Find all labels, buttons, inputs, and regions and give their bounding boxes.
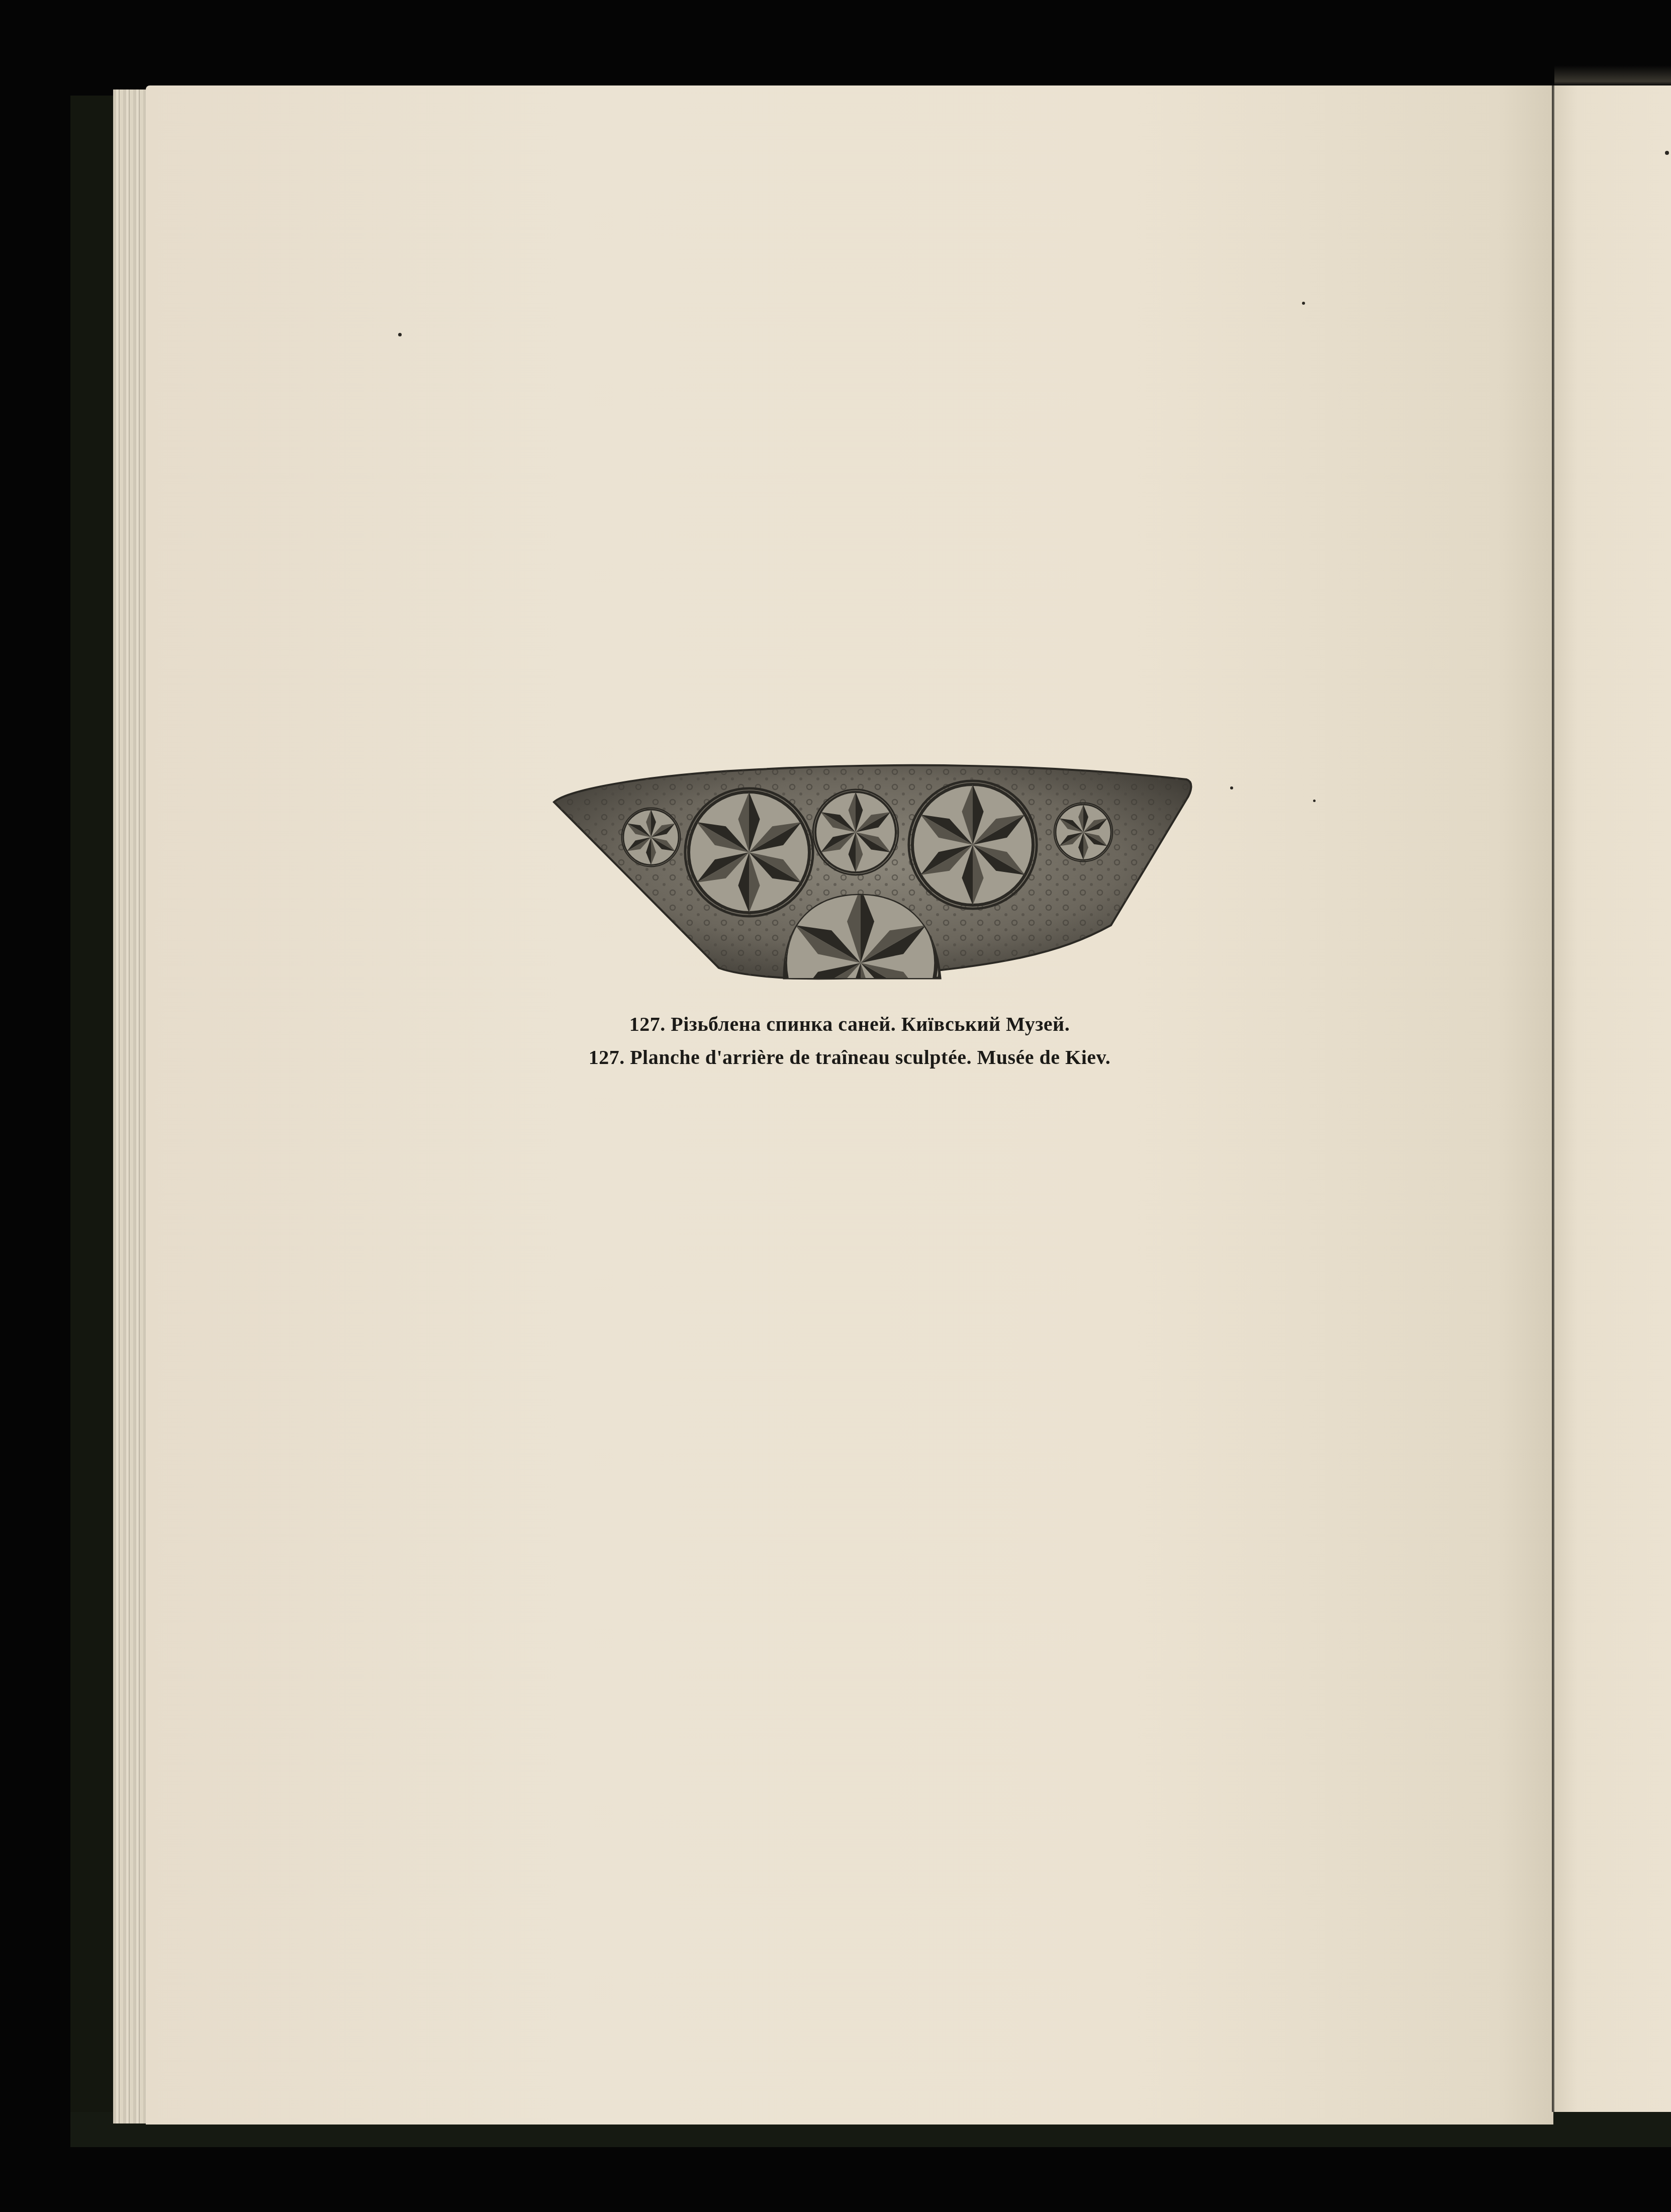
rosette-small-right [1054,803,1113,862]
left-page [146,85,1553,2125]
paper-speck [1313,800,1316,802]
rosette-medium-center [813,789,898,875]
page-stack-edges [113,90,148,2123]
paper-speck [1230,786,1233,789]
paper-speck [1665,151,1669,155]
right-page [1554,85,1671,2112]
rosette-large-right [909,781,1037,909]
book-gutter [1552,85,1554,2112]
paper-speck [1302,302,1305,305]
right-page-top-shadow [1554,65,1671,85]
rosette-small-left [622,808,681,867]
figure-carved-sleigh-back [548,752,1196,983]
carved-board-illustration [548,752,1196,983]
figure-caption-french: 127. Planche d'arrière de traîneau sculp… [146,1045,1553,1069]
figure-caption-ukrainian: 127. Різьблена спинка саней. Київський М… [146,1012,1553,1036]
paper-speck [398,333,402,336]
rosette-large-left [685,788,813,916]
